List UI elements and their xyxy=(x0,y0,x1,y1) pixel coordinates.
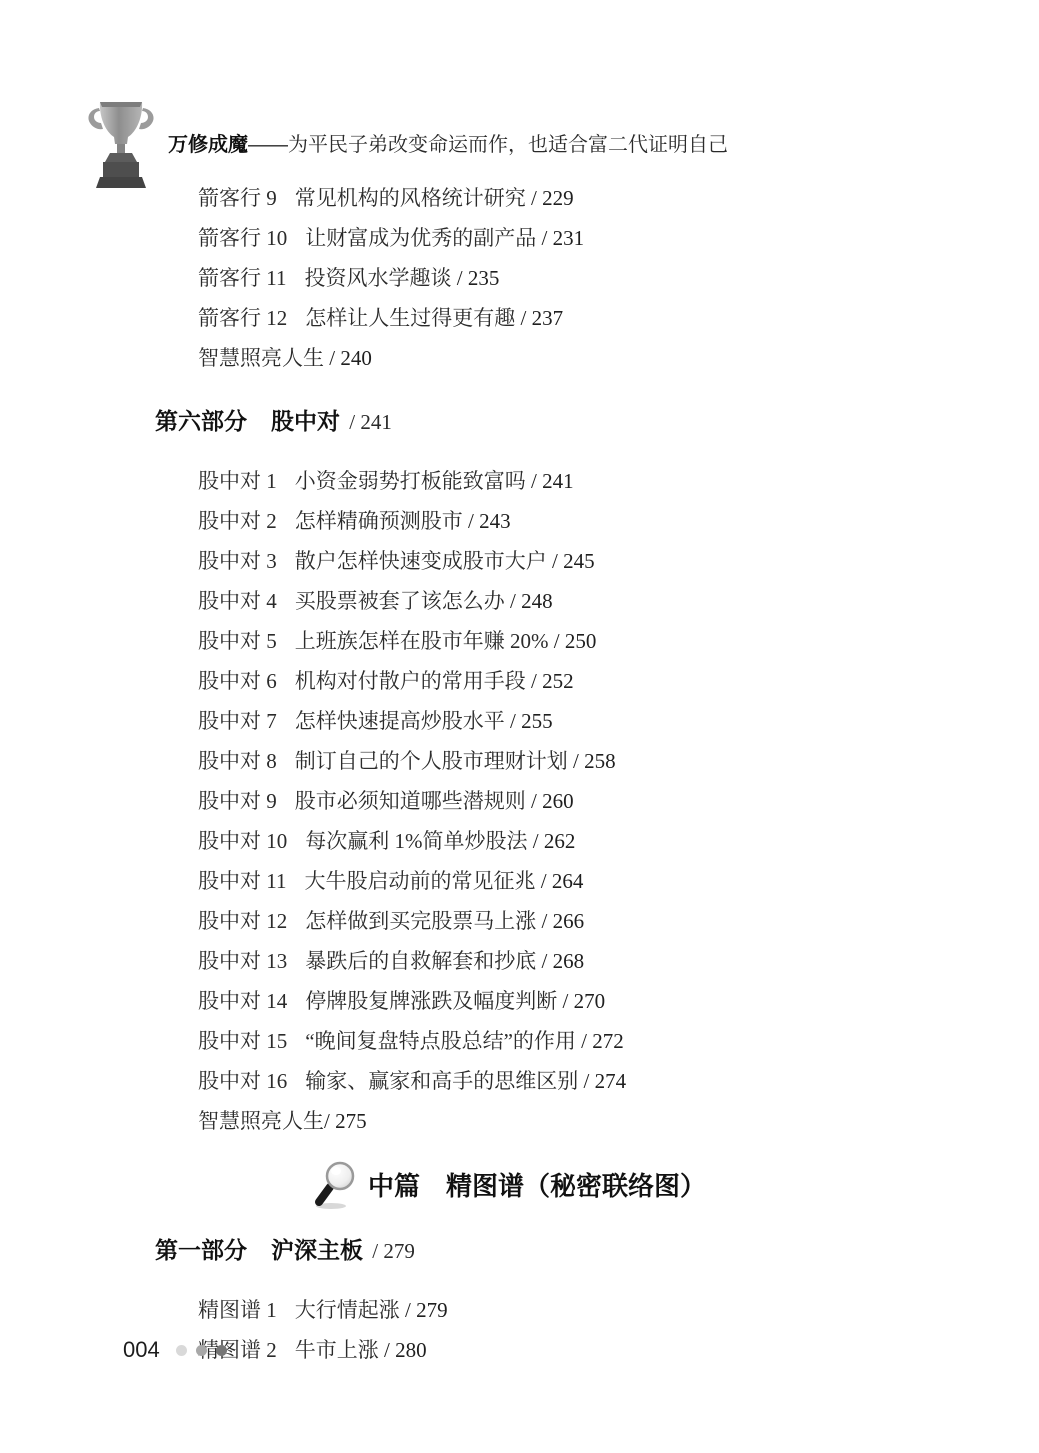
entry-label: 箭客行 10 xyxy=(198,226,287,250)
toc-entry: 股中对 13暴跌后的自救解套和抄底 / 268 xyxy=(198,941,1039,981)
entry-label: 精图谱 1 xyxy=(198,1298,277,1322)
page-footer: 004 xyxy=(123,1337,236,1363)
entry-page-number: / 270 xyxy=(557,989,605,1013)
entry-page-number: / 240 xyxy=(324,346,372,370)
entry-title: 智慧照亮人生 xyxy=(198,346,324,370)
entry-title: 怎样快速提高炒股水平 xyxy=(295,709,505,733)
entry-label: 第一部分 xyxy=(155,1237,247,1263)
entry-page-number: / 279 xyxy=(400,1298,448,1322)
entry-label: 股中对 15 xyxy=(198,1029,287,1053)
entry-title: 机构对付散户的常用手段 xyxy=(295,669,526,693)
entry-title: 制订自己的个人股市理财计划 xyxy=(295,749,568,773)
entry-title: 常见机构的风格统计研究 xyxy=(295,186,526,210)
mid-part-label: 中篇 xyxy=(368,1161,420,1211)
entry-title: 怎样让人生过得更有趣 xyxy=(305,306,515,330)
entry-title: 投资风水学趣谈 xyxy=(304,266,451,290)
entry-page-number: / 229 xyxy=(526,186,574,210)
toc-entry: 股中对 3散户怎样快速变成股市大户 / 245 xyxy=(198,541,1039,581)
entry-page-number: / 250 xyxy=(549,629,597,653)
entry-label: 股中对 4 xyxy=(198,589,277,613)
entry-label: 股中对 14 xyxy=(198,989,287,1013)
toc-entry: 股中对 1小资金弱势打板能致富吗 / 241 xyxy=(198,461,1039,501)
entry-page-number: / 241 xyxy=(526,469,574,493)
entry-title: 散户怎样快速变成股市大户 xyxy=(295,549,547,573)
entry-page-number: / 248 xyxy=(505,589,553,613)
entry-title: 暴跌后的自救解套和抄底 xyxy=(305,949,536,973)
entry-title: 怎样精确预测股市 xyxy=(295,509,463,533)
toc-entry: 股中对 14停牌股复牌涨跌及幅度判断 / 270 xyxy=(198,981,1039,1021)
entry-title: 股市必须知道哪些潜规则 xyxy=(295,789,526,813)
entry-title: 怎样做到买完股票马上涨 xyxy=(305,909,536,933)
entry-page-number: / 268 xyxy=(536,949,584,973)
footer-dot xyxy=(176,1345,187,1356)
book-subtitle: ——为平民子弟改变命运而作，也适合富二代证明自己 xyxy=(248,134,728,156)
footer-dots xyxy=(176,1345,236,1356)
entry-title: 停牌股复牌涨跌及幅度判断 xyxy=(305,989,557,1013)
part-heading: 第六部分股中对 / 241 xyxy=(155,404,1039,439)
entry-page-number: / 264 xyxy=(535,869,583,893)
book-toc-page: 万修成魔——为平民子弟改变命运而作，也适合富二代证明自己 箭客行 9常见机构的风… xyxy=(0,0,1039,1453)
toc-entry: 精图谱 1大行情起涨 / 279 xyxy=(198,1290,1039,1330)
entry-label: 股中对 16 xyxy=(198,1069,287,1093)
entry-label: 股中对 12 xyxy=(198,909,287,933)
book-title: 万修成魔 xyxy=(168,134,248,156)
folio-page-number: 004 xyxy=(123,1337,160,1363)
toc-list: 箭客行 9常见机构的风格统计研究 / 229箭客行 10让财富成为优秀的副产品 … xyxy=(0,178,1039,1370)
entry-title: 大牛股启动前的常见征兆 xyxy=(304,869,535,893)
footer-dot xyxy=(216,1345,227,1356)
entry-label: 股中对 5 xyxy=(198,629,277,653)
toc-entry: 股中对 16输家、赢家和高手的思维区别 / 274 xyxy=(198,1061,1039,1101)
toc-entry: 股中对 10每次赢利 1%简单炒股法 / 262 xyxy=(198,821,1039,861)
entry-title: 买股票被套了该怎么办 xyxy=(295,589,505,613)
magnifier-icon xyxy=(312,1161,358,1211)
entry-label: 股中对 11 xyxy=(198,869,286,893)
toc-entry: 股中对 2怎样精确预测股市 / 243 xyxy=(198,501,1039,541)
entry-page-number: / 275 xyxy=(324,1109,367,1133)
toc-entry: 股中对 5上班族怎样在股市年赚 20% / 250 xyxy=(198,621,1039,661)
toc-entry: 股中对 4买股票被套了该怎么办 / 248 xyxy=(198,581,1039,621)
toc-entry: 箭客行 12怎样让人生过得更有趣 / 237 xyxy=(198,298,1039,338)
entry-page-number: / 255 xyxy=(505,709,553,733)
footer-dot xyxy=(196,1345,207,1356)
entry-title: 让财富成为优秀的副产品 xyxy=(305,226,536,250)
entry-label: 箭客行 11 xyxy=(198,266,286,290)
entry-title: 上班族怎样在股市年赚 20% xyxy=(295,629,549,653)
entry-label: 股中对 9 xyxy=(198,789,277,813)
entry-label: 股中对 3 xyxy=(198,549,277,573)
entry-page-number: / 231 xyxy=(536,226,584,250)
entry-label: 箭客行 12 xyxy=(198,306,287,330)
entry-label: 股中对 13 xyxy=(198,949,287,973)
entry-label: 股中对 8 xyxy=(198,749,277,773)
entry-label: 股中对 10 xyxy=(198,829,287,853)
entry-label: 第六部分 xyxy=(155,408,247,434)
entry-title: 牛市上涨 xyxy=(295,1338,379,1362)
toc-entry: 股中对 15“晚间复盘特点股总结”的作用 / 272 xyxy=(198,1021,1039,1061)
toc-entry: 股中对 7怎样快速提高炒股水平 / 255 xyxy=(198,701,1039,741)
entry-page-number: / 237 xyxy=(515,306,563,330)
toc-entry: 股中对 8制订自己的个人股市理财计划 / 258 xyxy=(198,741,1039,781)
entry-label: 股中对 7 xyxy=(198,709,277,733)
entry-page-number: / 258 xyxy=(568,749,616,773)
entry-title: 大行情起涨 xyxy=(295,1298,400,1322)
toc-entry: 股中对 9股市必须知道哪些潜规则 / 260 xyxy=(198,781,1039,821)
entry-page-number: / 279 xyxy=(367,1239,415,1263)
entry-title: 沪深主板 xyxy=(271,1237,363,1263)
entry-title: “晚间复盘特点股总结”的作用 xyxy=(305,1029,576,1053)
toc-entry: 箭客行 10让财富成为优秀的副产品 / 231 xyxy=(198,218,1039,258)
entry-page-number: / 241 xyxy=(344,410,392,434)
toc-entry: 箭客行 11投资风水学趣谈 / 235 xyxy=(198,258,1039,298)
entry-label: 股中对 1 xyxy=(198,469,277,493)
entry-title: 智慧照亮人生 xyxy=(198,1109,324,1133)
toc-entry: 股中对 11大牛股启动前的常见征兆 / 264 xyxy=(198,861,1039,901)
entry-title: 股中对 xyxy=(271,408,340,434)
mid-part-name: 精图谱（秘密联络图） xyxy=(446,1161,706,1211)
entry-page-number: / 266 xyxy=(536,909,584,933)
entry-title: 小资金弱势打板能致富吗 xyxy=(295,469,526,493)
entry-title: 输家、赢家和高手的思维区别 xyxy=(305,1069,578,1093)
toc-entry: 智慧照亮人生/ 275 xyxy=(198,1101,1039,1141)
entry-label: 股中对 2 xyxy=(198,509,277,533)
toc-entry: 精图谱 2牛市上涨 / 280 xyxy=(198,1330,1039,1370)
entry-page-number: / 274 xyxy=(578,1069,626,1093)
toc-entry: 智慧照亮人生 / 240 xyxy=(198,338,1039,378)
entry-label: 股中对 6 xyxy=(198,669,277,693)
entry-title: 每次赢利 1%简单炒股法 xyxy=(305,829,527,853)
book-header-line: 万修成魔——为平民子弟改变命运而作，也适合富二代证明自己 xyxy=(168,128,728,157)
part-heading: 第一部分沪深主板 / 279 xyxy=(155,1233,1039,1268)
entry-label: 箭客行 9 xyxy=(198,186,277,210)
toc-entry: 箭客行 9常见机构的风格统计研究 / 229 xyxy=(198,178,1039,218)
toc-entry: 股中对 6机构对付散户的常用手段 / 252 xyxy=(198,661,1039,701)
entry-page-number: / 280 xyxy=(379,1338,427,1362)
entry-page-number: / 243 xyxy=(463,509,511,533)
toc-entry: 股中对 12怎样做到买完股票马上涨 / 266 xyxy=(198,901,1039,941)
mid-part-title: 中篇精图谱（秘密联络图） xyxy=(312,1161,1039,1211)
entry-page-number: / 272 xyxy=(576,1029,624,1053)
entry-page-number: / 252 xyxy=(526,669,574,693)
entry-page-number: / 245 xyxy=(547,549,595,573)
entry-page-number: / 235 xyxy=(451,266,499,290)
entry-page-number: / 260 xyxy=(526,789,574,813)
entry-page-number: / 262 xyxy=(528,829,576,853)
